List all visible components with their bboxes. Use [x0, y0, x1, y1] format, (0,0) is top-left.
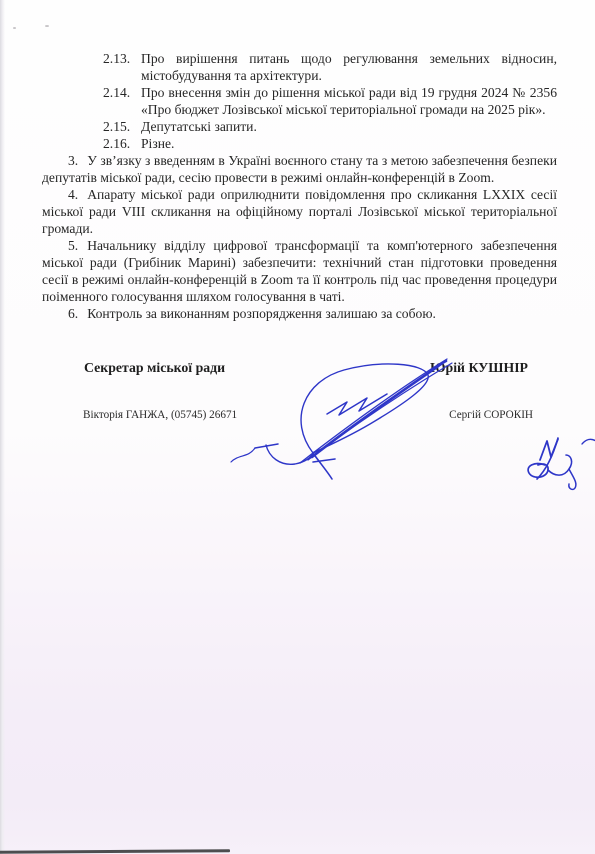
paragraph-3: 3.У зв’язку з введенням в Україні воєнно… [42, 152, 557, 186]
agenda-item-text: Депутатські запити. [141, 118, 557, 135]
scan-bottom-edge-artifact [0, 849, 230, 853]
agenda-item-2-16: 2.16. Різне. [103, 135, 557, 152]
paragraph-text: У зв’язку з введенням в Україні воєнного… [42, 153, 557, 185]
paragraph-text: Апарату міської ради оприлюднити повідом… [42, 187, 557, 236]
agenda-item-number: 2.14. [103, 84, 141, 118]
agenda-item-number: 2.15. [103, 118, 141, 135]
paragraph-text: Начальнику відділу цифрової трансформаці… [42, 238, 557, 304]
agenda-item-text: Різне. [141, 135, 557, 152]
document-body: 2.13. Про вирішення питань щодо регулюва… [0, 0, 595, 424]
signature-row-secondary: Вікторія ГАНЖА, (05745) 26671 Сергій СОР… [42, 407, 557, 424]
clerk-contact: Вікторія ГАНЖА, (05745) 26671 [42, 407, 237, 424]
paragraph-text: Контроль за виконанням розпорядження зал… [87, 306, 436, 321]
cosigner-signature-ink [505, 425, 595, 497]
paragraph-number: 3. [68, 153, 78, 168]
paragraph-4: 4.Апарату міської ради оприлюднити повід… [42, 186, 557, 237]
paragraph-5: 5.Начальнику відділу цифрової трансформа… [42, 237, 557, 305]
agenda-item-2-13: 2.13. Про вирішення питань щодо регулюва… [103, 50, 557, 84]
signature-row-primary: Секретар міської ради Юрій КУШНІР [42, 359, 557, 376]
cosigner-name: Сергій СОРОКІН [449, 407, 557, 424]
signer-name: Юрій КУШНІР [430, 359, 557, 376]
agenda-item-text: Про внесення змін до рішення міської рад… [141, 84, 557, 118]
scanned-document-page: 2.13. Про вирішення питань щодо регулюва… [0, 0, 595, 854]
agenda-item-number: 2.13. [103, 50, 141, 84]
agenda-item-2-14: 2.14. Про внесення змін до рішення міськ… [103, 84, 557, 118]
paragraph-number: 5. [68, 238, 78, 253]
agenda-item-text: Про вирішення питань щодо регулювання зе… [141, 50, 557, 84]
signer-title: Секретар міської ради [42, 359, 225, 376]
paragraph-number: 6. [68, 306, 78, 321]
agenda-item-2-15: 2.15. Депутатські запити. [103, 118, 557, 135]
agenda-item-number: 2.16. [103, 135, 141, 152]
agenda-sublist: 2.13. Про вирішення питань щодо регулюва… [103, 50, 557, 152]
paragraph-6: 6.Контроль за виконанням розпорядження з… [42, 305, 557, 322]
paragraph-number: 4. [68, 187, 78, 202]
